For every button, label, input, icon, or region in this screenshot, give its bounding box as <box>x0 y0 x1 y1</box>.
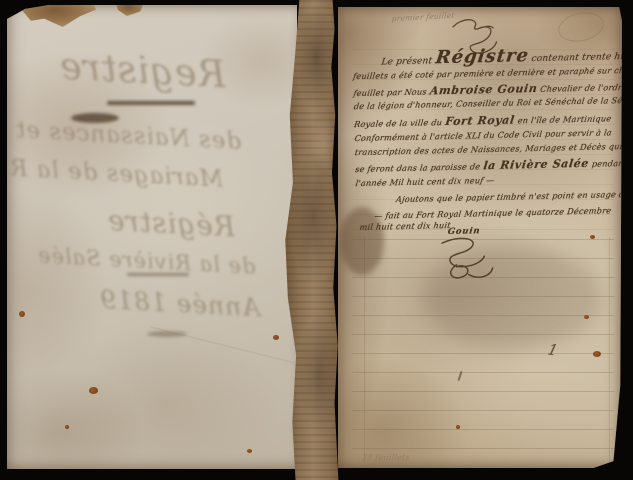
manuscript-line: se feront dans la paroisse dela Rivière … <box>354 156 628 175</box>
signature-paraph-flourish <box>432 234 497 285</box>
manuscript-line: transcription des actes de Naissances, M… <box>354 141 623 157</box>
footer-note: 38 feuillets <box>361 453 410 462</box>
ink-smudge <box>107 101 195 105</box>
addendum-line: — fait au Fort Royal Martinique le quato… <box>374 205 612 220</box>
left-page: Registre des Naissances et Mariages de l… <box>7 5 297 469</box>
bleedthrough-line: Régistre <box>106 204 236 244</box>
manuscript-text-block: premier feuillet Le présentRégistreconte… <box>337 1 631 468</box>
right-page: premier feuillet Le présentRégistreconte… <box>338 7 622 468</box>
rust-speck <box>247 449 252 453</box>
rust-speck <box>273 335 279 340</box>
addendum-line: mil huit cent dix huit <box>359 220 452 232</box>
manuscript-line: Conformément à l'article XLI du Code Civ… <box>354 127 613 143</box>
addendum-line: Ajoutons que le papier timbré n'est poin… <box>395 188 633 205</box>
rust-speck <box>19 311 25 317</box>
bleedthrough-line: Registre <box>58 45 227 97</box>
rust-speck <box>65 425 69 429</box>
rust-speck <box>89 387 98 394</box>
folio-note: premier feuillet <box>391 11 455 24</box>
ink-smudge <box>127 273 189 276</box>
scanned-document: Registre des Naissances et Mariages de l… <box>0 0 633 480</box>
manuscript-line: l'année Mil huit cent dix neuf — <box>355 175 495 188</box>
